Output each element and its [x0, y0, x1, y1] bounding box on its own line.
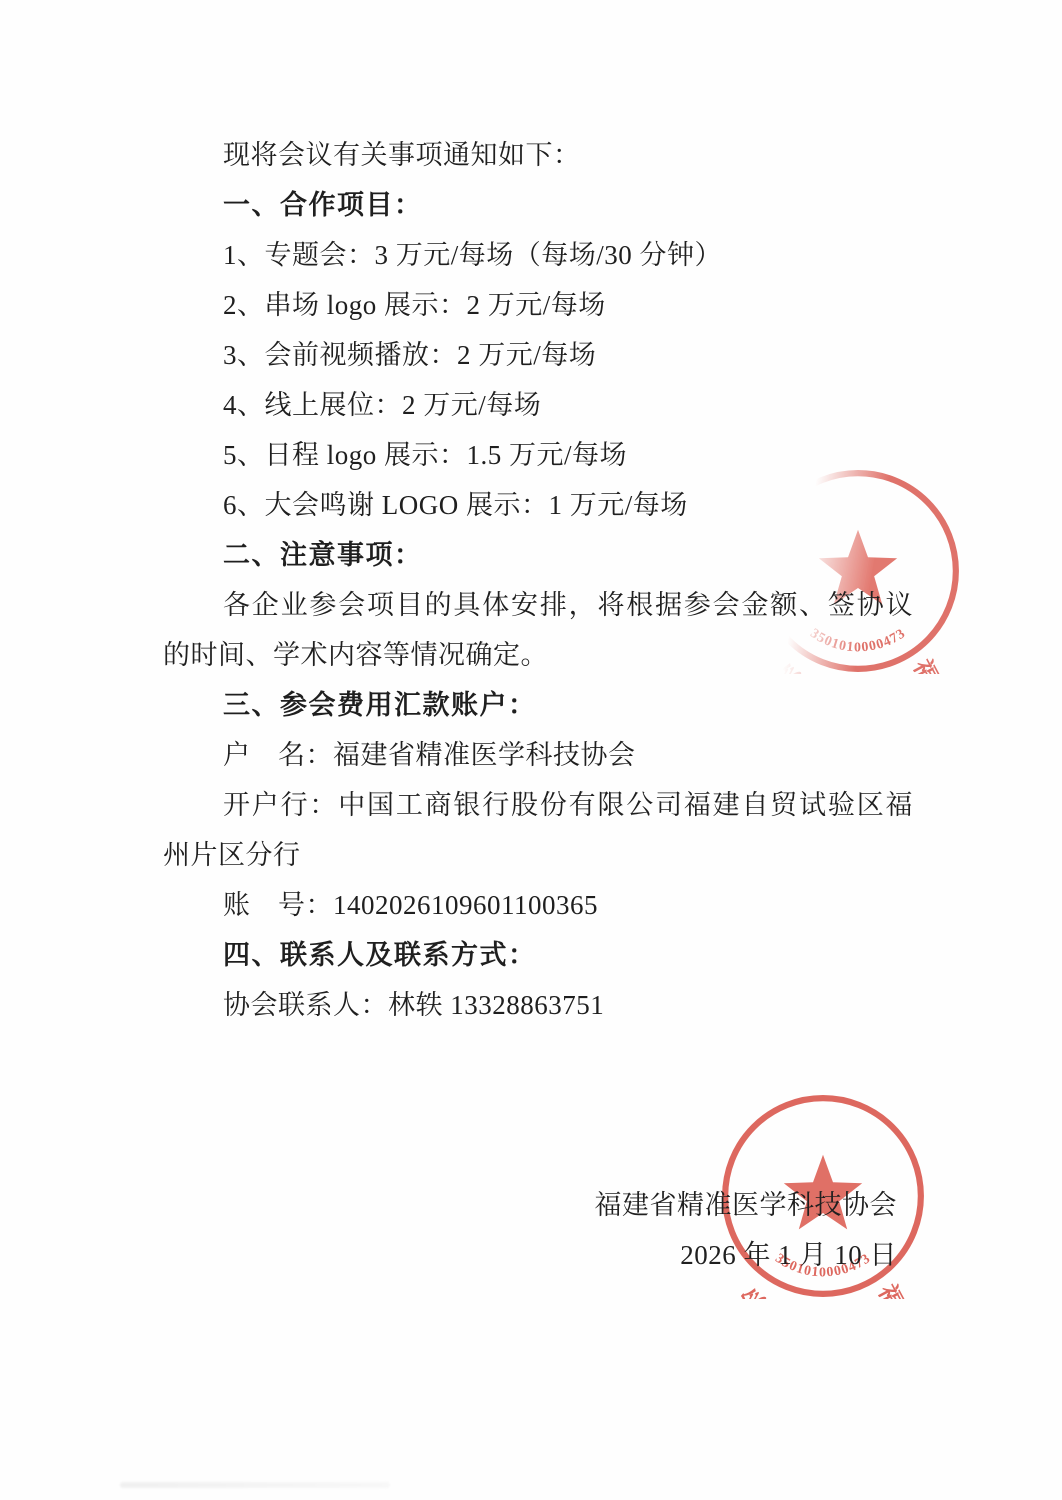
signature-org: 福建省精准医学科技协会 [163, 1180, 913, 1230]
signature-date: 2026 年 1 月 10 日 [163, 1230, 913, 1280]
bank-line-2: 州片区分行 [163, 830, 913, 880]
scan-smudge-artifact [120, 1482, 390, 1488]
coop-item-4: 4、线上展位：2 万元/每场 [163, 380, 913, 430]
spacer [163, 1030, 913, 1080]
section1-heading: 一、合作项目： [163, 180, 913, 230]
account-number-line: 账 号：1402026109601100365 [163, 880, 913, 930]
spacer [163, 1130, 913, 1180]
bank-line-1: 开户行：中国工商银行股份有限公司福建自贸试验区福 [163, 780, 913, 830]
seal-org-text: 福建省精准医学科技协会 [730, 1280, 916, 1299]
section2-heading: 二、注意事项： [163, 530, 913, 580]
note-line-1: 各企业参会项目的具体安排，将根据参会金额、签协议 [163, 580, 913, 630]
document-body: 现将会议有关事项通知如下： 一、合作项目： 1、专题会：3 万元/每场（每场/3… [163, 130, 913, 1280]
coop-item-3: 3、会前视频播放：2 万元/每场 [163, 330, 913, 380]
contact-line: 协会联系人：林轶 13328863751 [163, 980, 913, 1030]
coop-item-5: 5、日程 logo 展示：1.5 万元/每场 [163, 430, 913, 480]
section4-heading: 四、联系人及联系方式： [163, 930, 913, 980]
intro-line: 现将会议有关事项通知如下： [163, 130, 913, 180]
account-name-line: 户 名：福建省精准医学科技协会 [163, 730, 913, 780]
note-line-2: 的时间、学术内容等情况确定。 [163, 630, 913, 680]
scanned-notice-page: { "document": { "intro": "现将会议有关事项通知如下："… [0, 0, 1062, 1500]
svg-text:福建省精准医学科技协会: 福建省精准医学科技协会 [730, 1280, 916, 1299]
coop-item-2: 2、串场 logo 展示：2 万元/每场 [163, 280, 913, 330]
section3-heading: 三、参会费用汇款账户： [163, 680, 913, 730]
coop-item-6: 6、大会鸣谢 LOGO 展示：1 万元/每场 [163, 480, 913, 530]
coop-item-1: 1、专题会：3 万元/每场（每场/30 分钟） [163, 230, 913, 280]
spacer [163, 1080, 913, 1130]
page-background: 福建省精准医学科技协会 3501010000473 福建省精准医学科技协会 35… [0, 0, 1062, 1500]
